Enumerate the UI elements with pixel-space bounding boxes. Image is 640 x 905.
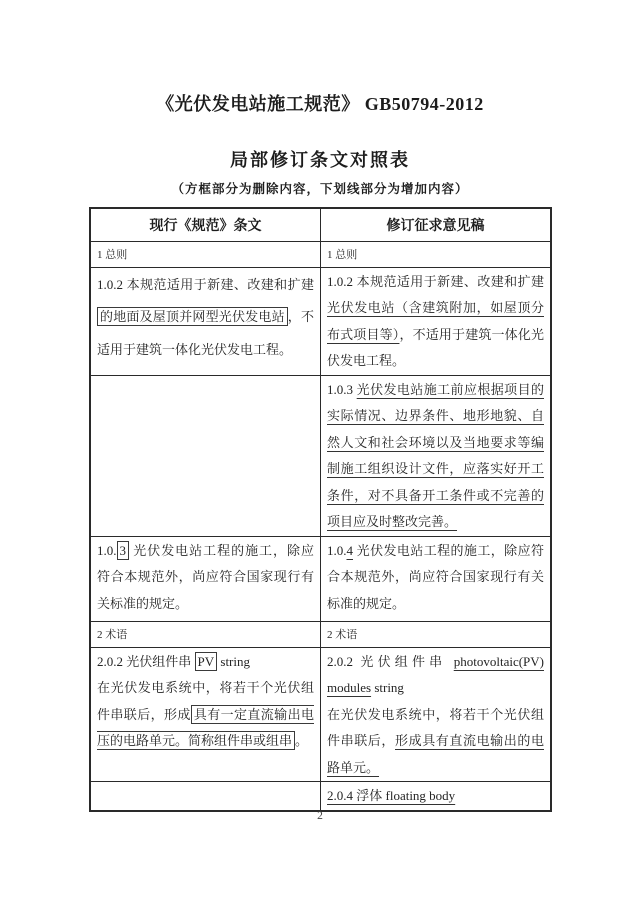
table-row-1-0-2: 1.0.2 本规范适用于新建、改建和扩建的地面及屋顶并网型光伏发电站，不适用于建… — [90, 267, 551, 375]
table-row-section-2: 2 术语 2 术语 — [90, 621, 551, 647]
inserted-text: 2.0.4 浮体 floating body — [327, 788, 455, 803]
cell-current-1-0-4: 1.0.3 光伏发电站工程的施工，除应符合本规范外，尚应符合国家现行有关标准的规… — [90, 536, 321, 621]
text-segment: string — [371, 680, 404, 695]
text-segment: 1.0.3 — [327, 382, 357, 397]
cell-revised-1-0-4: 1.0.4 光伏发电站工程的施工，除应符合本规范外，尚应符合国家现行有关标准的规… — [321, 536, 552, 621]
document-title: 《光伏发电站施工规范》 GB50794-2012 — [0, 90, 640, 116]
text-segment: 1 总则 — [97, 249, 127, 261]
legend-note: （方框部分为删除内容，下划线部分为增加内容） — [0, 179, 640, 197]
text-segment: 1.0. — [327, 543, 347, 558]
text-segment: 2.0.2 光伏组件串 — [327, 654, 454, 669]
cell-current-1-0-3-empty — [90, 375, 321, 536]
inserted-text: 光伏发电站施工前应根据项目的实际情况、边界条件、地形地貌、自然人文和社会环境以及… — [327, 382, 544, 530]
text-segment: 1.0.2 本规范适用于新建、改建和扩建 — [97, 277, 314, 292]
text-segment: 2.0.2 光伏组件串 — [97, 654, 195, 669]
text-segment: 1 总则 — [327, 249, 357, 261]
text-segment: 。 — [295, 733, 308, 748]
header-cell-current: 现行《规范》条文 — [90, 208, 321, 241]
page-container: 《光伏发电站施工规范》 GB50794-2012 局部修订条文对照表 （方框部分… — [0, 0, 640, 905]
text-segment: 光伏发电站工程的施工，除应符合本规范外，尚应符合国家现行有关标准的规定。 — [97, 543, 314, 611]
cell-current-1-0-2: 1.0.2 本规范适用于新建、改建和扩建的地面及屋顶并网型光伏发电站，不适用于建… — [90, 267, 321, 375]
cell-current-2-0-4-empty — [90, 782, 321, 811]
text-segment: 2 术语 — [97, 629, 127, 641]
table-row-1-0-3: 1.0.3 光伏发电站施工前应根据项目的实际情况、边界条件、地形地貌、自然人文和… — [90, 375, 551, 536]
table-header-row: 现行《规范》条文 修订征求意见稿 — [90, 208, 551, 241]
text-segment: 1.0.2 本规范适用于新建、改建和扩建 — [327, 274, 544, 289]
table-row-section-1: 1 总则 1 总则 — [90, 241, 551, 267]
table-row-2-0-4: 2.0.4 浮体 floating body — [90, 782, 551, 811]
cell-current-2-0-2: 2.0.2 光伏组件串 PV string在光伏发电系统中，将若干个光伏组件串联… — [90, 647, 321, 782]
text-segment: string — [217, 654, 250, 669]
text-segment: 光伏发电站工程的施工，除应符合本规范外，尚应符合国家现行有关标准的规定。 — [327, 543, 544, 611]
cell-revised-section-2: 2 术语 — [321, 621, 552, 647]
cell-revised-1-0-2: 1.0.2 本规范适用于新建、改建和扩建光伏发电站（含建筑附加，如屋顶分布式项目… — [321, 267, 552, 375]
table-row-1-0-4: 1.0.3 光伏发电站工程的施工，除应符合本规范外，尚应符合国家现行有关标准的规… — [90, 536, 551, 621]
text-segment: 2 术语 — [327, 629, 357, 641]
text-segment: 1.0. — [97, 543, 117, 558]
document-subtitle: 局部修订条文对照表 — [0, 146, 640, 172]
cell-revised-2-0-4: 2.0.4 浮体 floating body — [321, 782, 552, 811]
comparison-table: 现行《规范》条文 修订征求意见稿 1 总则 1 总则 1.0.2 本规范适用于新… — [89, 207, 552, 812]
header-cell-revised: 修订征求意见稿 — [321, 208, 552, 241]
deleted-text: PV — [195, 652, 218, 671]
deleted-text: 的地面及屋顶并网型光伏发电站 — [97, 307, 288, 326]
table-row-2-0-2: 2.0.2 光伏组件串 PV string在光伏发电系统中，将若干个光伏组件串联… — [90, 647, 551, 782]
page-number: 2 — [0, 810, 640, 822]
cell-revised-2-0-2: 2.0.2 光伏组件串 photovoltaic(PV) modules str… — [321, 647, 552, 782]
deleted-text: 3 — [117, 541, 130, 560]
cell-current-section-2: 2 术语 — [90, 621, 321, 647]
cell-revised-section-1: 1 总则 — [321, 241, 552, 267]
cell-current-section-1: 1 总则 — [90, 241, 321, 267]
cell-revised-1-0-3: 1.0.3 光伏发电站施工前应根据项目的实际情况、边界条件、地形地貌、自然人文和… — [321, 375, 552, 536]
